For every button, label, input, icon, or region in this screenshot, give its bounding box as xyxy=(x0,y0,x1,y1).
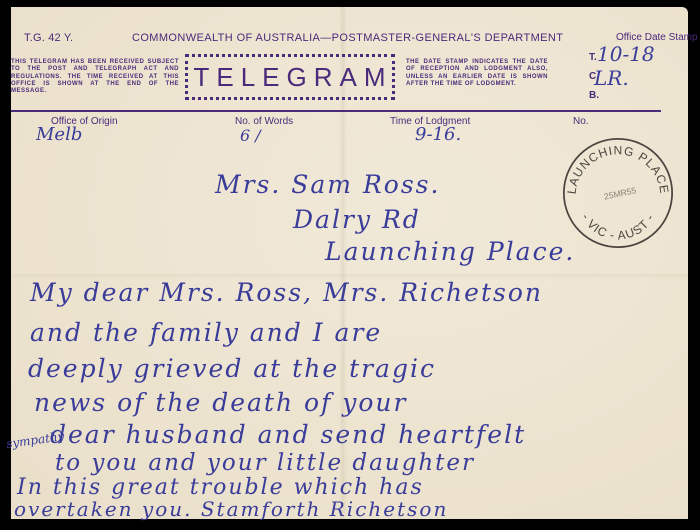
address-line: Mrs. Sam Ross. xyxy=(215,170,440,199)
number-label: No. xyxy=(573,116,589,127)
header-divider xyxy=(11,110,661,112)
address-line: Launching Place. xyxy=(325,237,575,266)
department-heading: COMMONWEALTH OF AUSTRALIA—POSTMASTER-GEN… xyxy=(132,32,563,44)
handwritten-c-initials: LR. xyxy=(594,66,629,90)
message-line: news of the death of your xyxy=(34,388,408,417)
time-of-lodgment-value: 9-16. xyxy=(415,124,461,145)
handwritten-t-value: 10-18 xyxy=(597,42,655,66)
t-label: T. xyxy=(589,52,597,63)
reception-notice: THIS TELEGRAM HAS BEEN RECEIVED SUBJECT … xyxy=(11,59,179,95)
svg-text:LAUNCHING PLACE: LAUNCHING PLACE xyxy=(564,143,671,195)
date-stamp-notice: THE DATE STAMP INDICATES THE DATE OF REC… xyxy=(406,59,548,88)
message-line: dear husband and send heartfelt xyxy=(50,420,526,449)
postmark-stamp: LAUNCHING PLACE - VIC - AUST - 25MR55 xyxy=(560,135,676,251)
form-code: T.G. 42 Y. xyxy=(24,32,73,44)
postmark-icon: LAUNCHING PLACE - VIC - AUST - 25MR55 xyxy=(560,135,676,251)
svg-text:25MR55: 25MR55 xyxy=(603,185,637,202)
telegram-title: TELEGRAM xyxy=(187,62,392,93)
telegram-title-box: TELEGRAM xyxy=(185,54,395,100)
address-line: Dalry Rd xyxy=(293,205,421,234)
message-line: deeply grieved at the tragic xyxy=(28,354,436,383)
message-line: overtaken you. Stamforth Richetson xyxy=(14,497,448,521)
number-of-words-value: 6 / xyxy=(240,126,261,145)
b-label: B. xyxy=(589,90,599,101)
svg-text:- VIC - AUST -: - VIC - AUST - xyxy=(579,211,657,242)
message-line: and the family and I are xyxy=(30,318,382,347)
message-line: My dear Mrs. Ross, Mrs. Richetson xyxy=(30,278,543,307)
office-of-origin-value: Melb xyxy=(36,124,82,145)
message-line: to you and your little daughter xyxy=(55,450,475,476)
